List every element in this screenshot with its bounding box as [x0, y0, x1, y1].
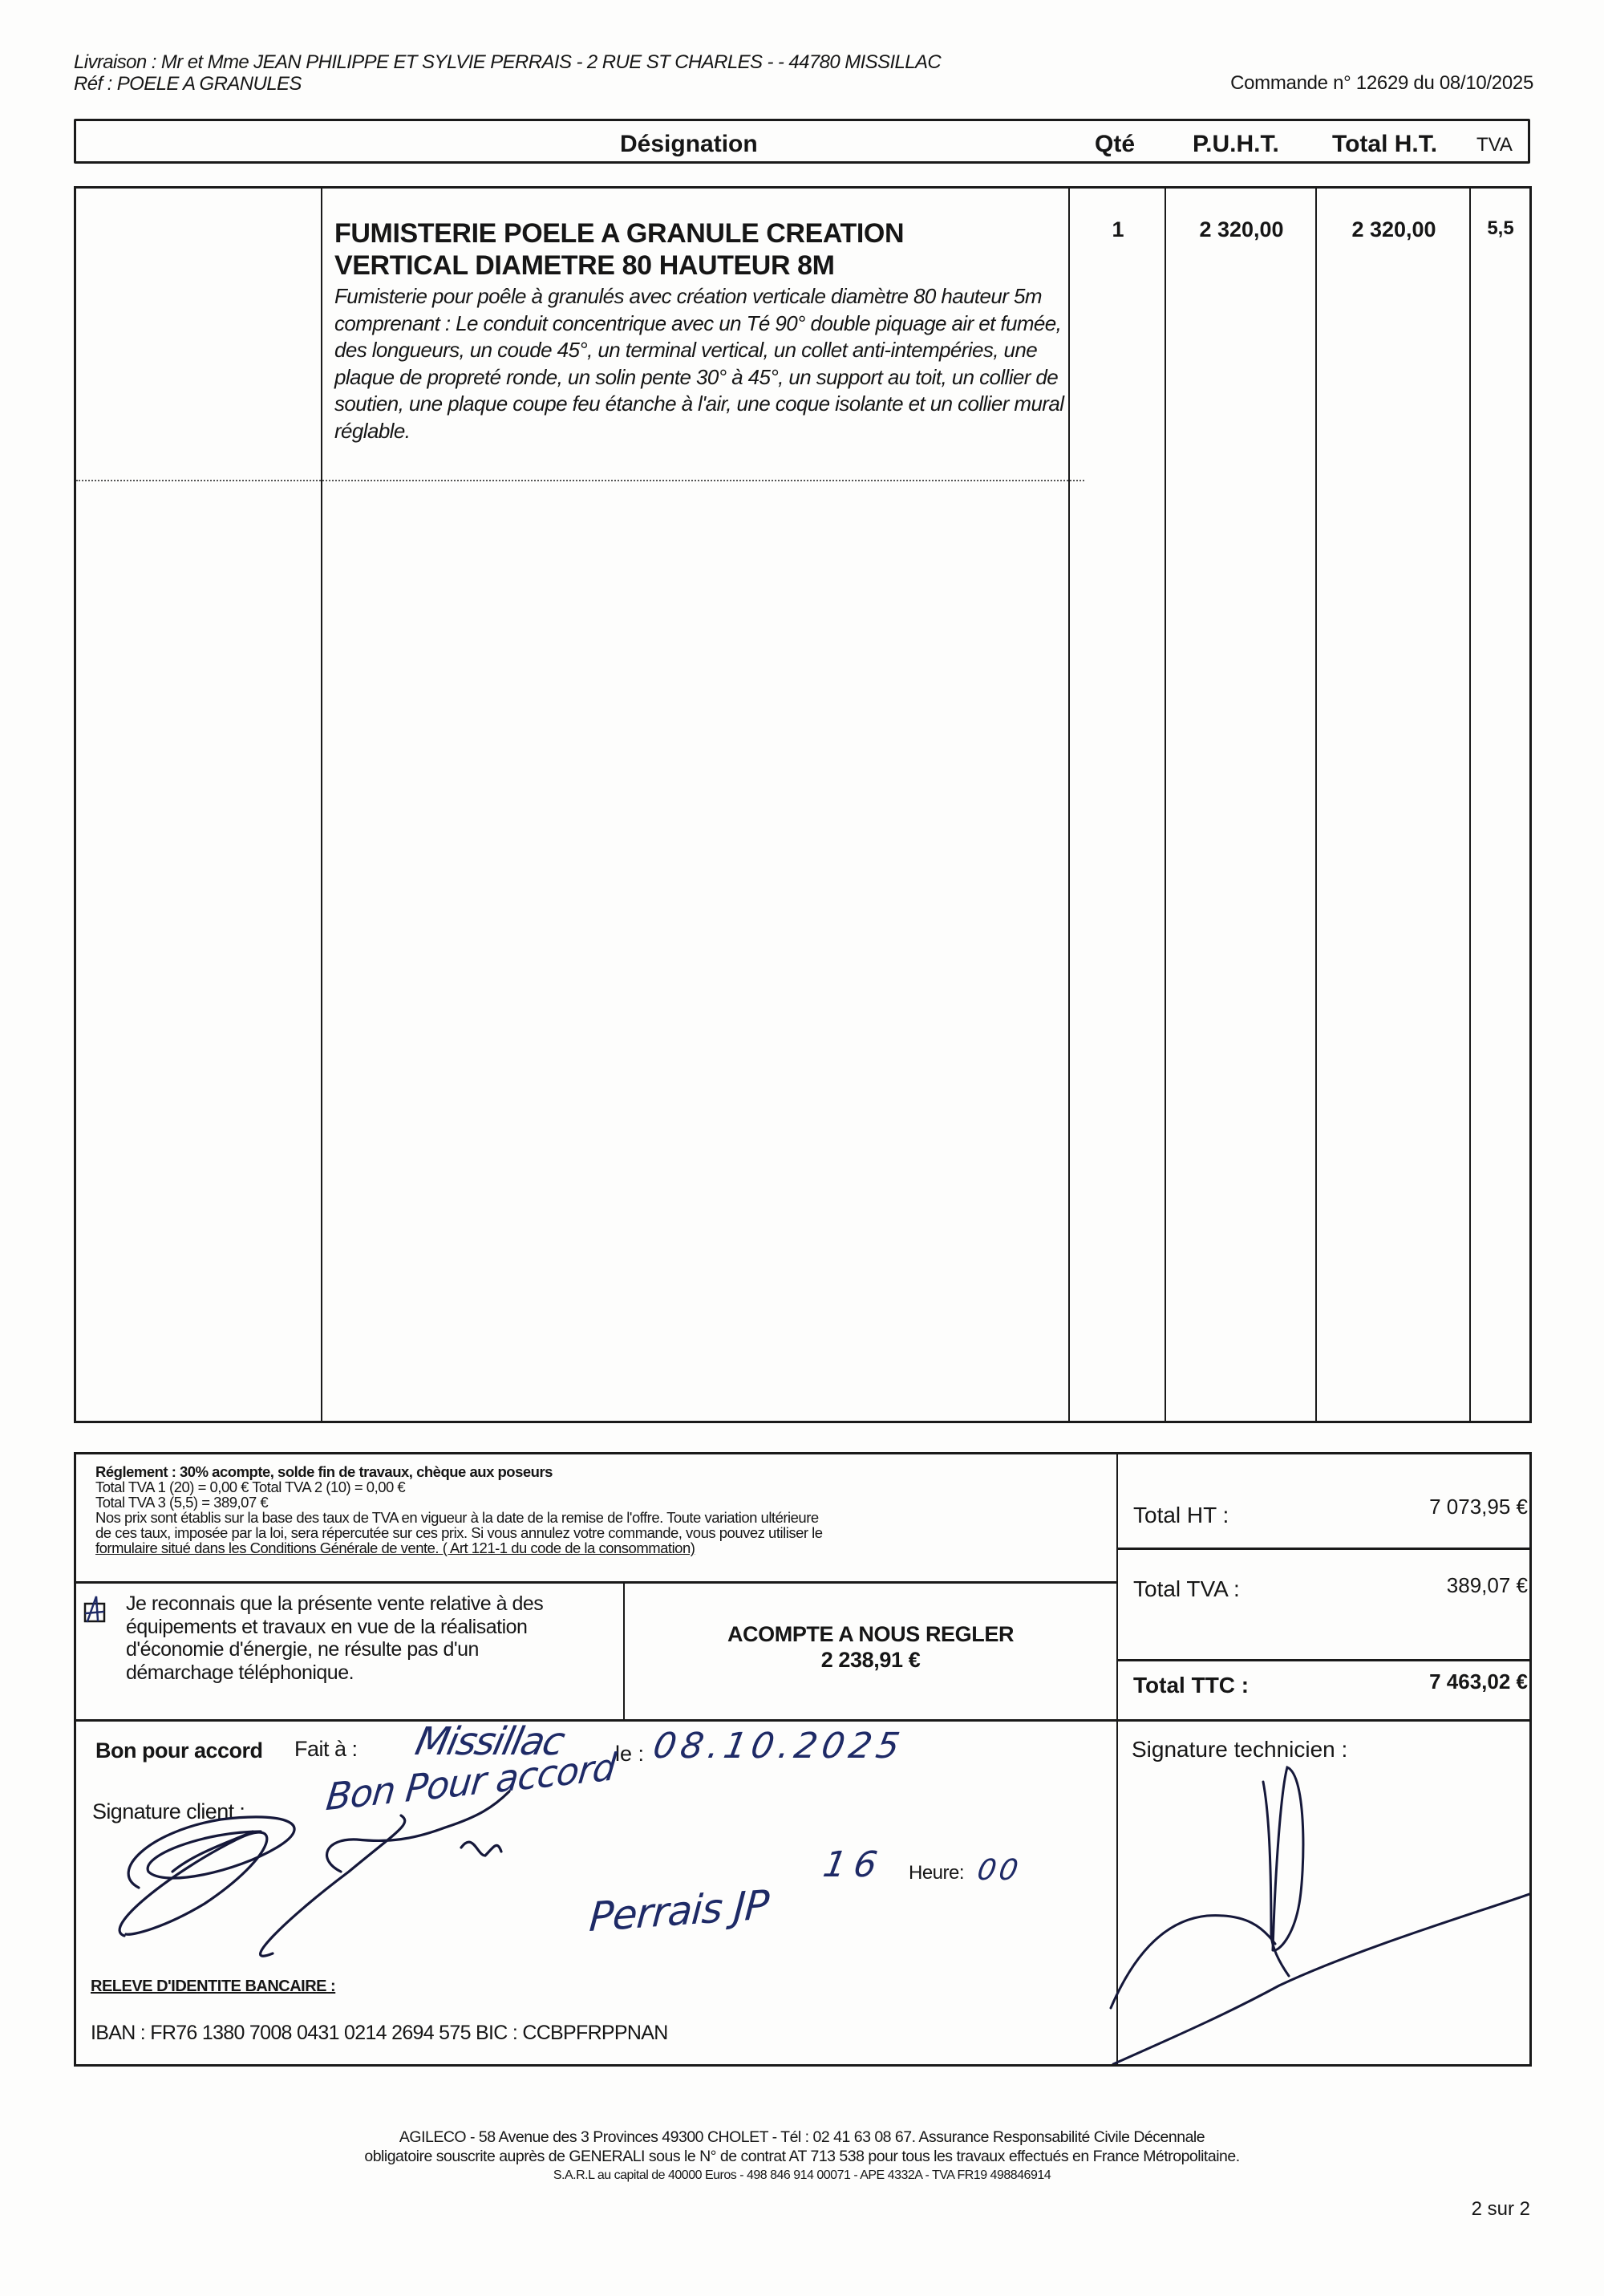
handwritten-date: 08.10.2025 [650, 1726, 908, 1767]
delivery-info: Livraison : Mr et Mme JEAN PHILIPPE ET S… [74, 51, 941, 95]
item-qty: 1 [1071, 217, 1165, 242]
place-label: Fait à : [294, 1737, 358, 1762]
order-reference: Réf : POELE A GRANULES [74, 73, 941, 95]
footer-line: obligatoire souscrite auprès de GENERALI… [0, 2147, 1604, 2166]
total-tva-label: Total TVA : [1133, 1576, 1240, 1602]
technician-signature-label: Signature technicien : [1132, 1737, 1347, 1763]
client-signature-label: Signature client : [92, 1799, 245, 1824]
page-number: 2 sur 2 [1472, 2198, 1530, 2221]
divider [1116, 1659, 1529, 1661]
footer-line: AGILECO - 58 Avenue des 3 Provinces 4930… [0, 2128, 1604, 2147]
legal-notice-line: Nos prix sont établis sur la base des ta… [95, 1510, 1106, 1525]
technician-signature-icon [1111, 1767, 1529, 2064]
legal-notice-line: de ces taux, imposée par la loi, sera ré… [95, 1525, 1106, 1540]
tva-breakdown-1: Total TVA 1 (20) = 0,00 € Total TVA 2 (1… [95, 1479, 1106, 1495]
column-divider [321, 189, 322, 1421]
declaration-checkbox[interactable] [83, 1594, 107, 1623]
iban-bic: IBAN : FR76 1380 7008 0431 0214 2694 575… [91, 2022, 668, 2045]
item-title: FUMISTERIE POELE A GRANULE CREATION VERT… [334, 217, 1056, 282]
row-separator [76, 480, 1084, 481]
payment-conditions: Réglement : 30% acompte, solde fin de tr… [95, 1464, 1106, 1479]
total-ht-value: 7 073,95 € [1429, 1495, 1528, 1519]
payment-terms: Réglement : 30% acompte, solde fin de tr… [95, 1464, 1106, 1556]
deposit-label: ACOMPTE A NOUS REGLER [625, 1621, 1116, 1647]
deposit-box: ACOMPTE A NOUS REGLER 2 238,91 € [625, 1621, 1116, 1673]
total-ht-label: Total HT : [1133, 1503, 1229, 1528]
date-label: le : [615, 1742, 644, 1767]
total-ttc-label: Total TTC : [1133, 1673, 1249, 1698]
item-unit-price: 2 320,00 [1167, 217, 1316, 242]
handwritten-hour: 16 [820, 1844, 889, 1885]
column-total-ht: Total H.T. [1332, 131, 1437, 158]
column-header: Désignation Qté P.U.H.T. Total H.T. TVA [74, 119, 1530, 164]
summary-section: Réglement : 30% acompte, solde fin de tr… [74, 1452, 1532, 2067]
divider [1116, 1548, 1529, 1550]
footer-line: S.A.R.L au capital de 40000 Euros - 498 … [0, 2166, 1604, 2185]
handwritten-minutes: 00 [974, 1854, 1023, 1887]
line-items-table: FUMISTERIE POELE A GRANULE CREATION VERT… [74, 186, 1532, 1423]
column-designation: Désignation [620, 131, 758, 158]
item-title-line: FUMISTERIE POELE A GRANULE CREATION [334, 217, 1056, 249]
item-total-ht: 2 320,00 [1318, 217, 1470, 242]
item-title-line: VERTICAL DIAMETRE 80 HAUTEUR 8M [334, 249, 1056, 282]
bank-details-label: RELEVE D'IDENTITE BANCAIRE : [91, 1978, 335, 1996]
column-unit-price: P.U.H.T. [1193, 131, 1279, 158]
total-tva-value: 389,07 € [1447, 1573, 1528, 1598]
delivery-address: Livraison : Mr et Mme JEAN PHILIPPE ET S… [74, 51, 941, 73]
item-description: Fumisterie pour poêle à granulés avec cr… [334, 283, 1072, 445]
column-qty: Qté [1095, 131, 1135, 158]
divider [76, 1581, 1116, 1584]
divider [76, 1719, 1529, 1722]
column-divider [1165, 189, 1166, 1421]
legal-notice-line: formulaire situé dans les Conditions Gén… [95, 1540, 1106, 1556]
column-divider [1315, 189, 1317, 1421]
divider [1116, 1454, 1118, 2064]
handwritten-client-name: Perrais JP [588, 1881, 770, 1941]
hour-label: Heure: [909, 1862, 964, 1884]
deposit-amount: 2 238,91 € [625, 1647, 1116, 1673]
item-tva: 5,5 [1472, 217, 1529, 240]
total-ttc-value: 7 463,02 € [1429, 1669, 1528, 1694]
order-number: Commande n° 12629 du 08/10/2025 [1230, 72, 1533, 95]
tva-breakdown-2: Total TVA 3 (5,5) = 389,07 € [95, 1495, 1106, 1510]
company-footer: AGILECO - 58 Avenue des 3 Provinces 4930… [0, 2128, 1604, 2185]
column-divider [1469, 189, 1471, 1421]
approval-label: Bon pour accord [95, 1738, 263, 1763]
column-tva: TVA [1476, 134, 1513, 156]
energy-declaration: Je reconnais que la présente vente relat… [126, 1592, 591, 1684]
